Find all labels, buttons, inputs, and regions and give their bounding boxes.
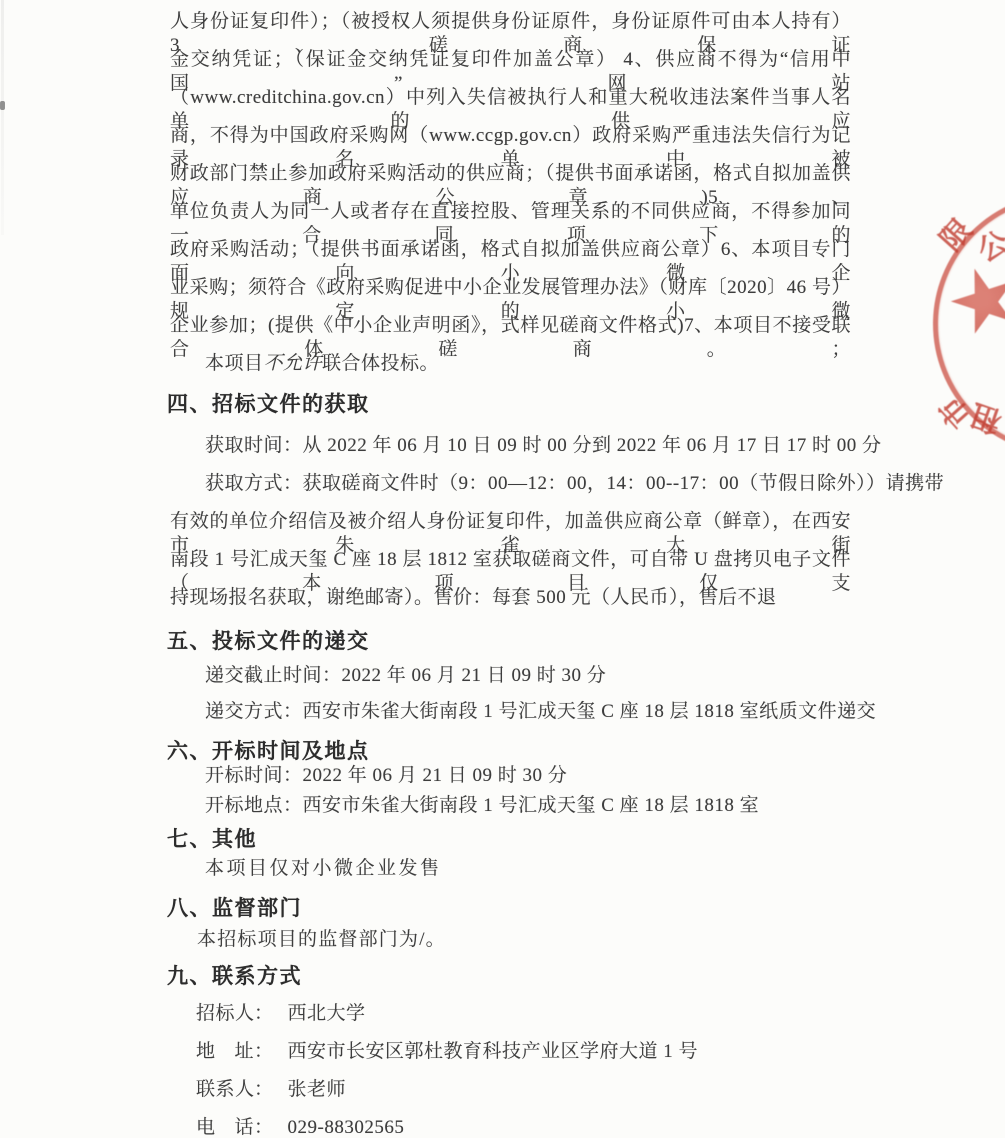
section9-heading: 九、联系方式 [167,960,302,990]
section6-heading: 六、开标时间及地点 [167,735,370,765]
seal-ring-char: 租 [964,395,1005,446]
contact-row-address: 地址：西安市长安区郭杜教育科技产业区学府大道 1 号 [196,1036,698,1063]
section4-acquire-method-line: 获取方式：获取磋商文件时（9：00—12：00，14：00--17：00（节假日… [205,472,851,496]
contact-value: 029-88302565 [288,1117,405,1138]
seal-ring-char: 市 [927,388,980,440]
contact-row-tenderee: 招标人：西北大学 [196,998,366,1025]
scan-artifact [0,101,5,110]
contact-row-person: 联系人：张老师 [196,1074,346,1101]
section8-heading: 八、监督部门 [167,892,302,922]
section5-heading: 五、投标文件的递交 [167,625,370,655]
section4-heading: 四、招标文件的获取 [167,388,370,418]
contact-label: 电话 [196,1112,254,1138]
contact-value: 西安市长安区郭杜教育科技产业区学府大道 1 号 [288,1041,699,1062]
no-joint-bid-emphasis: 不允许 [264,353,323,374]
scanned-tender-document-page: 人身份证复印件）；（被授权人须提供身份证原件，身份证原件可由本人持有）3、磋商保… [0,0,1005,1138]
no-joint-bid-prefix: 本项目 [205,353,264,374]
contact-colon: ： [254,1003,274,1024]
section7-body: 本项目仅对小微企业发售 [205,857,851,881]
seal-star-icon [942,258,1005,344]
section5-deadline: 递交截止时间：2022 年 06 月 21 日 09 时 30 分 [205,664,851,688]
contact-colon: ： [254,1117,274,1138]
section7-heading: 七、其他 [167,823,257,853]
section5-method: 递交方式：西安市朱雀大街南段 1 号汇成天玺 C 座 18 层 1818 室纸质… [205,700,851,724]
contact-label: 联系人 [196,1074,254,1101]
contact-value: 张老师 [288,1079,347,1100]
no-joint-bid-suffix: 联合体投标。 [322,353,439,374]
contact-row-phone: 电话：029-88302565 [196,1112,404,1138]
section4-acquire-method-line: 持现场报名获取，谢绝邮寄）。售价：每套 500 元（人民币），售后不退 [170,586,851,610]
contact-colon: ： [254,1041,274,1062]
section6-open-place: 开标地点：西安市朱雀大街南段 1 号汇成天玺 C 座 18 层 1818 室 [205,794,851,818]
seal-ring-char: 公 [969,218,1005,271]
no-joint-bid-sentence: 本项目不允许联合体投标。 [205,352,851,376]
contact-label: 招标人 [196,998,254,1025]
contact-label: 地址 [196,1036,254,1063]
seal-ring-icon [933,193,1005,455]
seal-ring-char: 限 [928,207,981,259]
section6-open-time: 开标时间：2022 年 06 月 21 日 09 时 30 分 [205,764,851,788]
section8-body: 本招标项目的监督部门为/。 [197,928,878,952]
contact-value: 西北大学 [288,1003,366,1024]
section4-acquire-time: 获取时间：从 2022 年 06 月 10 日 09 时 00 分到 2022 … [205,434,851,458]
scan-artifact [1,0,4,235]
contact-colon: ： [254,1079,274,1100]
